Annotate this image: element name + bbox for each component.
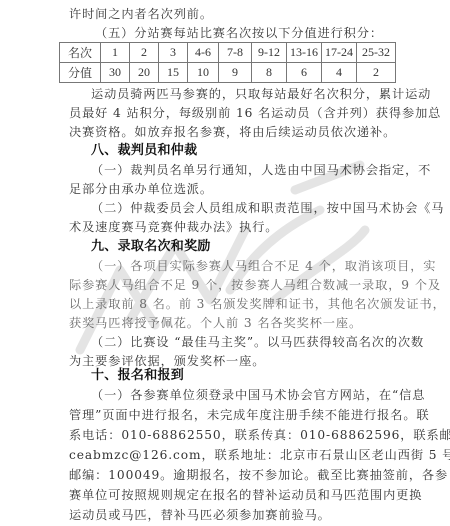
rank-cell: 7-8 bbox=[219, 43, 252, 63]
section-5-intro: （五）分站赛每站比赛名次按以下分值进行积分： bbox=[95, 25, 383, 41]
points-cell: 2 bbox=[357, 63, 396, 83]
rank-cell: 2 bbox=[130, 43, 159, 63]
points-cell: 15 bbox=[159, 63, 188, 83]
row-label-points: 分值 bbox=[60, 63, 101, 83]
points-cell: 8 bbox=[252, 63, 287, 83]
points-cell: 10 bbox=[188, 63, 219, 83]
text-line: 运动员或马匹，替补马匹必须参加赛前验马。 bbox=[69, 507, 331, 523]
points-cell: 30 bbox=[101, 63, 130, 83]
text-line: 术及速度赛马竞赛仲裁办法》执行。 bbox=[69, 219, 278, 235]
rank-cell: 25-32 bbox=[357, 43, 396, 63]
score-table: 名次 1 2 3 4-6 7-8 9-12 13-16 17-24 25-32 … bbox=[59, 42, 396, 83]
document-page: 许时间之内者名次列前。 （五）分站赛每站比赛名次按以下分值进行积分： 名次 1 … bbox=[0, 0, 450, 526]
text-line: 许时间之内者名次列前。 bbox=[69, 6, 213, 22]
text-line: 决赛资格。如放弃报名参赛，将由后续运动员依次递补。 bbox=[69, 124, 396, 140]
contact-phone-line: 系电话：010-68862550，联系传真：010-68862596，联系邮箱： bbox=[69, 427, 450, 443]
rank-cell: 3 bbox=[159, 43, 188, 63]
rank-cell: 1 bbox=[101, 43, 130, 63]
section-heading-registration: 十、报名和报到 bbox=[91, 367, 184, 384]
table-row-ranks: 名次 1 2 3 4-6 7-8 9-12 13-16 17-24 25-32 bbox=[60, 43, 396, 63]
rank-cell: 17-24 bbox=[322, 43, 357, 63]
text-line: 赛单位可按照规则规定在报名的替补运动员和马匹范围内更换 bbox=[69, 487, 422, 503]
row-label-rank: 名次 bbox=[60, 43, 101, 63]
section-heading-referees: 八、裁判员和仲裁 bbox=[91, 142, 197, 159]
text-line: 际参赛人马组合不足 9 个，按参赛人马组合数减一录取，9 个及 bbox=[69, 277, 441, 293]
text-line: （二）仲裁委员会人员组成和职责范围，按中国马术协会《马 bbox=[91, 200, 444, 216]
text-line: （一）各参赛单位须登录中国马术协会官方网站，在“信息 bbox=[91, 387, 425, 403]
points-cell: 4 bbox=[322, 63, 357, 83]
text-line: 邮编：100049。逾期报名，按不参加论。截至比赛抽签前，各参 bbox=[69, 467, 448, 483]
contact-email-line: ceabmzc@126.com，联系地址：北京市石景山区老山西街 5 号， bbox=[69, 447, 450, 463]
section-heading-awards: 九、录取名次和奖励 bbox=[91, 238, 211, 255]
rank-cell: 4-6 bbox=[188, 43, 219, 63]
points-cell: 9 bbox=[219, 63, 252, 83]
text-line: 员最好 4 站积分，每级别前 16 名运动员（含并列）获得参加总 bbox=[69, 105, 441, 121]
points-cell: 6 bbox=[287, 63, 322, 83]
text-line: 足部分由承办单位选派。 bbox=[69, 181, 213, 197]
text-line: 运动员骑两匹马参赛的，只取每站最好名次积分，累计运动 bbox=[91, 86, 431, 102]
text-line: 以上录取前 8 名。前 3 名颁发奖牌和证书，其他名次颁发证书， bbox=[69, 296, 446, 312]
text-line: （二）比赛设 “最佳马主奖”。以马匹获得较高名次的次数 bbox=[91, 334, 424, 350]
text-line: （一）裁判员名单另行通知，人选由中国马术协会指定，不 bbox=[91, 162, 431, 178]
points-cell: 20 bbox=[130, 63, 159, 83]
table-row-points: 分值 30 20 15 10 9 8 6 4 2 bbox=[60, 63, 396, 83]
rank-cell: 9-12 bbox=[252, 43, 287, 63]
text-line: （一）各项目实际参赛人马组合不足 4 个，取消该项目，实 bbox=[91, 258, 436, 274]
text-line: 管理”页面中进行报名，未完成年度注册手续不能进行报名。联 bbox=[69, 407, 430, 423]
rank-cell: 13-16 bbox=[287, 43, 322, 63]
text-line: 获奖马匹将授予佩花。个人前 3 名各奖奖杯一座。 bbox=[69, 315, 362, 331]
